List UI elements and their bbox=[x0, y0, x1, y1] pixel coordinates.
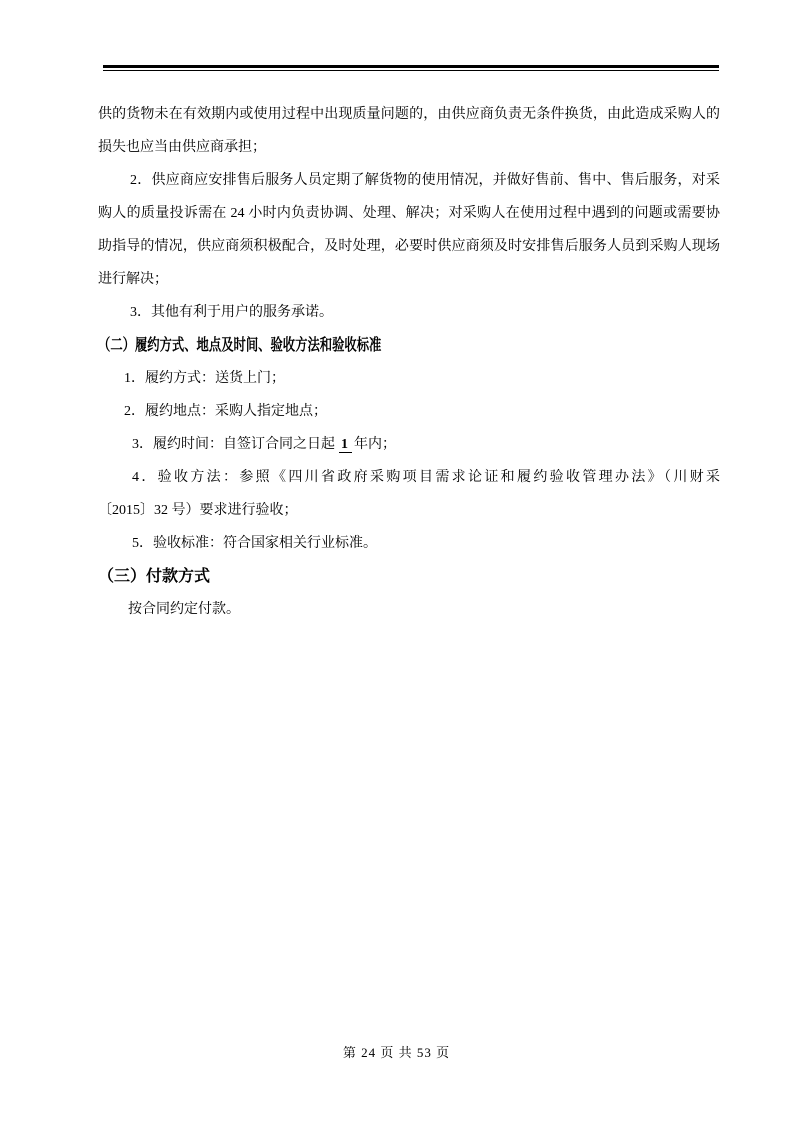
text-line: 进行解决； bbox=[98, 263, 720, 296]
document-body: 供的货物未在有效期内或使用过程中出现质量问题的，由供应商负责无条件换货，由此造成… bbox=[98, 98, 720, 626]
paragraph-goods-quality: 供的货物未在有效期内或使用过程中出现质量问题的，由供应商负责无条件换货，由此造成… bbox=[98, 98, 720, 164]
text-line: 〔2015〕32 号）要求进行验收； bbox=[98, 494, 720, 527]
text-line: 2．供应商应安排售后服务人员定期了解货物的使用情况，并做好售前、售中、售后服务，… bbox=[98, 164, 720, 197]
list-item-acceptance-method: 4．验收方法：参照《四川省政府采购项目需求论证和履约验收管理办法》（川财采 〔2… bbox=[98, 461, 720, 527]
list-item-performance-location: 2．履约地点：采购人指定地点； bbox=[98, 395, 720, 428]
page-number-footer: 第 24 页 共 53 页 bbox=[0, 1042, 793, 1061]
text-line: 损失也应当由供应商承担； bbox=[98, 131, 720, 164]
paragraph-payment-terms: 按合同约定付款。 bbox=[98, 593, 720, 626]
text-line: 助指导的情况，供应商须积极配合，及时处理，必要时供应商须及时安排售后服务人员到采… bbox=[98, 230, 720, 263]
performance-time-text: 年内； bbox=[354, 437, 396, 452]
paragraph-other-commitments: 3．其他有利于用户的服务承诺。 bbox=[98, 296, 720, 329]
list-item-performance-method: 1．履约方式：送货上门； bbox=[98, 362, 720, 395]
section-heading-payment: （三）付款方式 bbox=[98, 560, 720, 593]
section-heading-performance-acceptance: （二）履约方式、地点及时间、验收方法和验收标准 bbox=[98, 329, 577, 362]
page-indicator: 第 24 页 共 53 页 bbox=[343, 1045, 450, 1060]
underlined-contract-years-value: 1 bbox=[339, 437, 352, 453]
paragraph-after-sales-service: 2．供应商应安排售后服务人员定期了解货物的使用情况，并做好售前、售中、售后服务，… bbox=[98, 164, 720, 296]
text-line: 4．验收方法：参照《四川省政府采购项目需求论证和履约验收管理办法》（川财采 bbox=[98, 461, 720, 494]
document-page: 供的货物未在有效期内或使用过程中出现质量问题的，由供应商负责无条件换货，由此造成… bbox=[0, 0, 793, 1122]
list-item-acceptance-standard: 5．验收标准：符合国家相关行业标准。 bbox=[98, 527, 720, 560]
text-line: 供的货物未在有效期内或使用过程中出现质量问题的，由供应商负责无条件换货，由此造成… bbox=[98, 98, 720, 131]
text-line: 购人的质量投诉需在 24 小时内负责协调、处理、解决；对采购人在使用过程中遇到的… bbox=[98, 197, 720, 230]
list-item-performance-time: 3．履约时间：自签订合同之日起1年内； bbox=[98, 428, 720, 461]
performance-time-text: 3．履约时间：自签订合同之日起 bbox=[132, 437, 335, 452]
header-divider-line bbox=[103, 65, 719, 71]
